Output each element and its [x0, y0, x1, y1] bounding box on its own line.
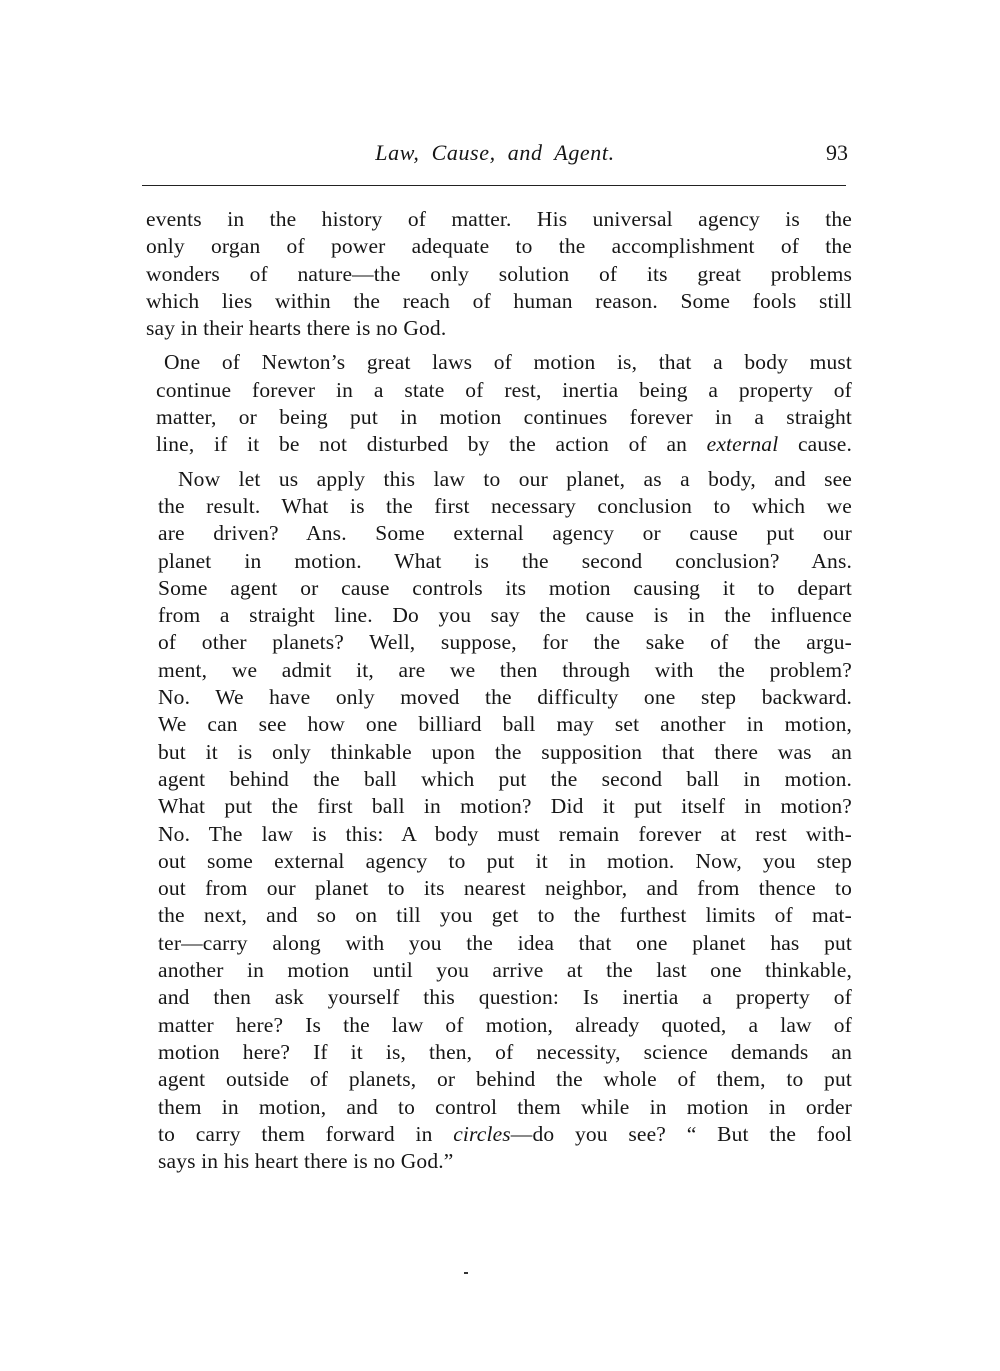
text-line: agent outside of planets, or behind the … [158, 1066, 852, 1093]
emphasis-circles: circles [453, 1122, 511, 1146]
text-line: continue forever in a state of rest, ine… [156, 377, 852, 404]
text-line: the result. What is the first necessary … [158, 493, 852, 520]
header-rule [142, 185, 846, 186]
print-speck [464, 1272, 468, 1274]
paragraph-1: events in the history of matter. His uni… [146, 206, 852, 342]
text-segment: line, if it be not disturbed by the acti… [156, 432, 707, 456]
text-line: which lies within the reach of human rea… [146, 288, 852, 315]
text-line: No. The law is this: A body must remain … [158, 821, 852, 848]
text-line: agent behind the ball which put the seco… [158, 766, 852, 793]
text-line: and then ask yourself this question: Is … [158, 984, 852, 1011]
text-line: Some agent or cause controls its motion … [158, 575, 852, 602]
text-segment: to carry them forward in [158, 1122, 453, 1146]
text-line: We can see how one billiard ball may set… [158, 711, 852, 738]
text-line: What put the first ball in motion? Did i… [158, 793, 852, 820]
text-line: ter—carry along with you the idea that o… [158, 930, 852, 957]
text-line-mixed: to carry them forward in circles—do you … [158, 1121, 852, 1148]
text-line: No. We have only moved the difficulty on… [158, 684, 852, 711]
page-number: 93 [826, 140, 848, 166]
book-page: Law, Cause, and Agent. 93 events in the … [0, 0, 1000, 1371]
paragraph-2: One of Newton’s great laws of motion is,… [156, 349, 852, 458]
text-line: says in his heart there is no God.” [158, 1148, 852, 1175]
text-line: say in their hearts there is no God. [146, 315, 852, 342]
text-segment: cause. [798, 432, 852, 456]
text-line: of other planets? Well, suppose, for the… [158, 629, 852, 656]
text-line: matter, or being put in motion continues… [156, 404, 852, 431]
body-text: events in the history of matter. His uni… [146, 206, 852, 1175]
text-line: ment, we admit it, are we then through w… [158, 657, 852, 684]
text-line: motion here? If it is, then, of necessit… [158, 1039, 852, 1066]
running-head: Law, Cause, and Agent. 93 [142, 140, 848, 172]
text-line-mixed: line, if it be not disturbed by the acti… [156, 431, 852, 458]
text-line: One of Newton’s great laws of motion is,… [156, 349, 852, 376]
text-line: them in motion, and to control them whil… [158, 1094, 852, 1121]
text-line: Now let us apply this law to our planet,… [158, 466, 852, 493]
running-title: Law, Cause, and Agent. [142, 140, 848, 166]
text-line: planet in motion. What is the second con… [158, 548, 852, 575]
text-segment: —do you see? “ But the fool [511, 1122, 852, 1146]
text-line: wonders of nature—the only solution of i… [146, 261, 852, 288]
text-line: out some external agency to put it in mo… [158, 848, 852, 875]
paragraph-3: Now let us apply this law to our planet,… [158, 466, 852, 1176]
text-line: but it is only thinkable upon the suppos… [158, 739, 852, 766]
text-line: from a straight line. Do you say the cau… [158, 602, 852, 629]
text-line: another in motion until you arrive at th… [158, 957, 852, 984]
emphasis-external: external [707, 432, 779, 456]
text-line: matter here? Is the law of motion, alrea… [158, 1012, 852, 1039]
text-line: out from our planet to its nearest neigh… [158, 875, 852, 902]
text-line: are driven? Ans. Some external agency or… [158, 520, 852, 547]
text-line: only organ of power adequate to the acco… [146, 233, 852, 260]
text-line: the next, and so on till you get to the … [158, 902, 852, 929]
text-line: events in the history of matter. His uni… [146, 206, 852, 233]
